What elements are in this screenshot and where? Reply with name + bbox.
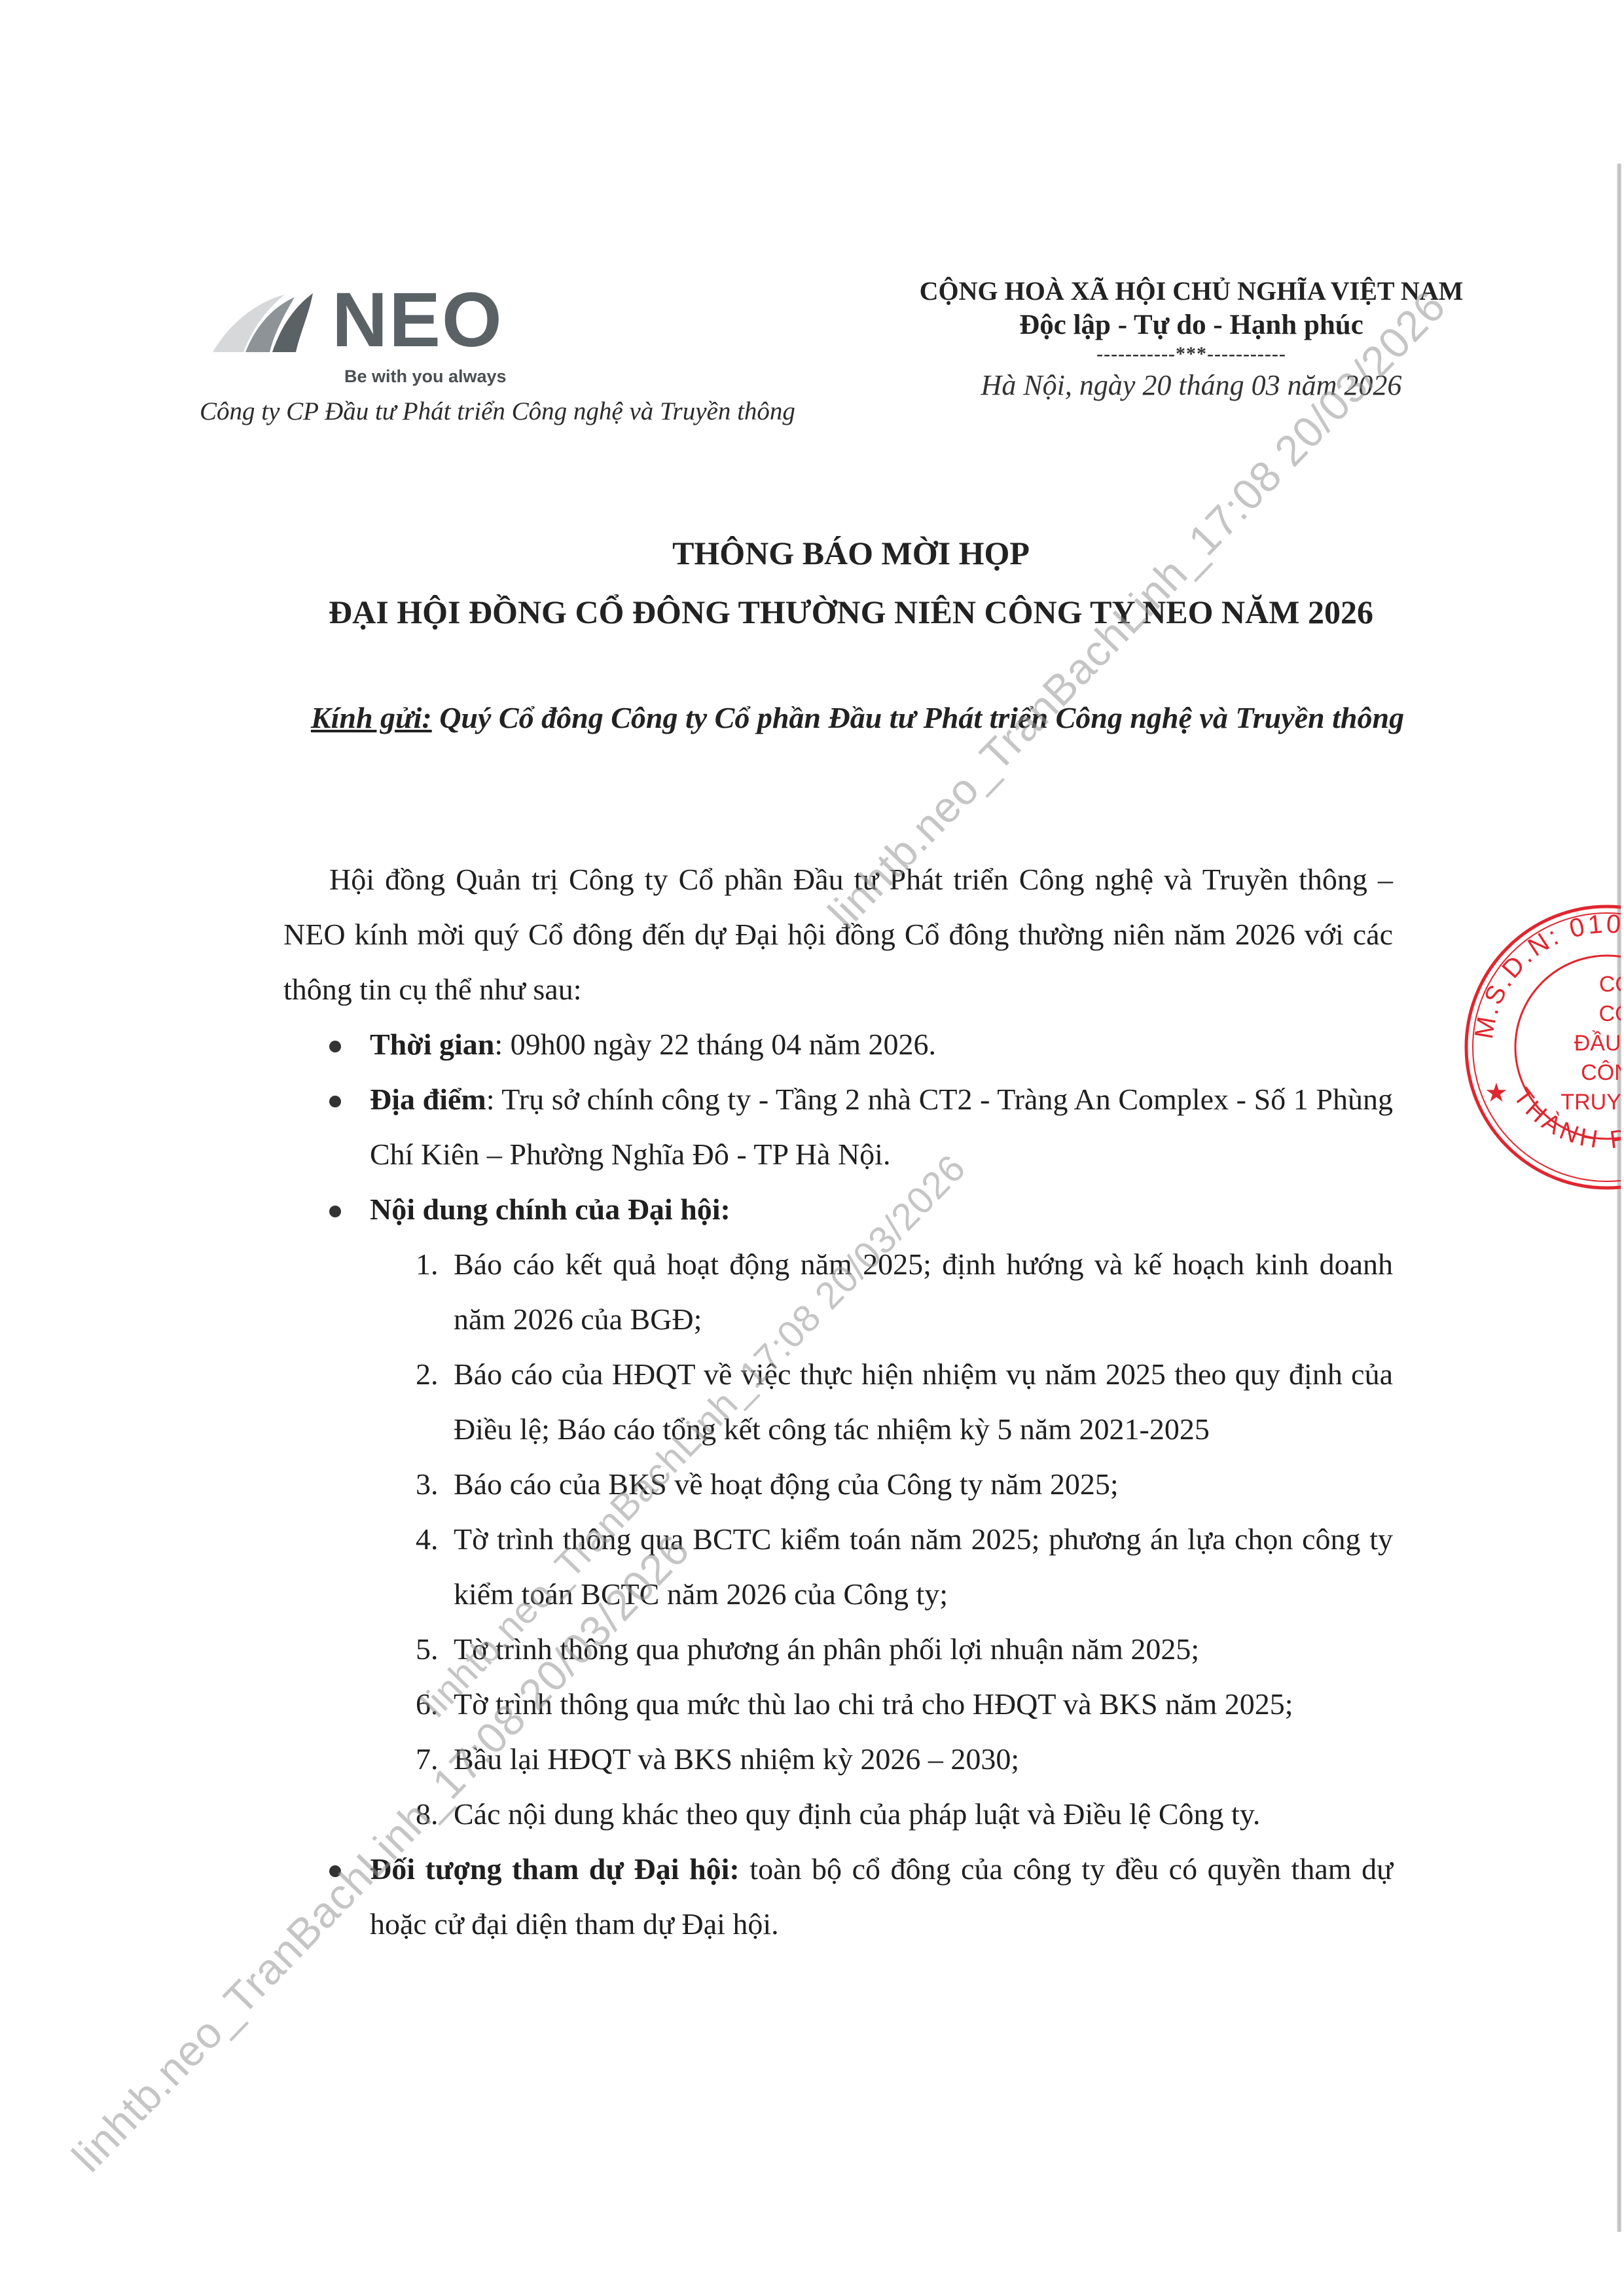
agenda-list: 1.Báo cáo kết quả hoạt động năm 2025; đị… (283, 1237, 1393, 1842)
info-bullet-list: Thời gian: 09h00 ngày 22 tháng 04 năm 20… (283, 1017, 1393, 1237)
bullet-dot-icon (329, 1041, 341, 1052)
agenda-item: 5.Tờ trình thông qua phương án phân phối… (283, 1622, 1393, 1677)
seal-outer-text: M.S.D.N: 0101430 (1470, 910, 1621, 1041)
agenda-text: Báo cáo của HĐQT về việc thực hiện nhiệm… (454, 1357, 1393, 1446)
seal-center-line: ĐẦU TƯ PHÁT (1574, 1031, 1621, 1056)
bullet-sep: : (494, 1028, 510, 1061)
bullet-label: Nội dung chính của Đại hội: (370, 1193, 731, 1226)
bullet-text: Trụ sở chính công ty - Tầng 2 nhà CT2 - … (370, 1083, 1393, 1171)
agenda-item: 6.Tờ trình thông qua mức thù lao chi trả… (283, 1677, 1393, 1732)
neo-swoosh-logo-icon (209, 288, 314, 353)
agenda-item: 1.Báo cáo kết quả hoạt động năm 2025; đị… (283, 1237, 1393, 1347)
seal-center-line: CỔ PHẦN (1599, 1001, 1621, 1026)
company-name: Công ty CP Đầu tư Phát triển Công nghệ v… (200, 397, 795, 426)
bullet-location: Địa điểm: Trụ sở chính công ty - Tầng 2 … (283, 1072, 1393, 1182)
seal-center-line: CÔNG NGHỆ (1581, 1060, 1621, 1085)
addressee-label: Kính gửi: (311, 701, 432, 734)
agenda-item: 8.Các nội dung khác theo quy định của ph… (283, 1787, 1393, 1842)
motto-country: CỘNG HOÀ XÃ HỘI CHỦ NGHĨA VIỆT NAM (877, 275, 1506, 308)
national-motto: CỘNG HOÀ XÃ HỘI CHỦ NGHĨA VIỆT NAM Độc l… (877, 275, 1506, 406)
seal-center-line: TRUYỀN THÔNG (1561, 1090, 1621, 1115)
intro-paragraph: Hội đồng Quản trị Công ty Cổ phần Đầu tư… (283, 852, 1393, 1017)
info-bullet-list-2: Đối tượng tham dự Đại hội: toàn bộ cổ đô… (283, 1842, 1393, 1952)
agenda-text: Tờ trình thông qua phương án phân phối l… (454, 1632, 1199, 1666)
scan-edge-shadow (1617, 164, 1621, 2232)
agenda-text: Báo cáo của BKS về hoạt động của Công ty… (454, 1467, 1119, 1501)
agenda-number: 7. (416, 1732, 439, 1787)
document-date: Hà Nội, ngày 20 tháng 03 năm 2026 (877, 365, 1506, 406)
agenda-number: 1. (416, 1237, 439, 1292)
agenda-item: 4.Tờ trình thông qua BCTC kiểm toán năm … (283, 1512, 1393, 1622)
agenda-number: 2. (416, 1347, 439, 1402)
addressee-text: Quý Cổ đông Công ty Cổ phần Đầu tư Phát … (432, 701, 1404, 734)
document-page: NEO Be with you always Công ty CP Đầu tư… (0, 0, 1624, 2296)
bullet-agenda: Nội dung chính của Đại hội: (283, 1182, 1393, 1237)
company-seal-stamp: M.S.D.N: 0101430 THÀNH PHỐ ★ CÔNG TYCỔ P… (1440, 884, 1621, 1191)
bullet-text: 09h00 ngày 22 tháng 04 năm 2026. (511, 1028, 936, 1061)
bullet-dot-icon (329, 1206, 341, 1217)
svg-text:M.S.D.N: 0101430: M.S.D.N: 0101430 (1470, 910, 1621, 1041)
bullet-dot-icon (329, 1865, 341, 1877)
motto-divider: -----------***----------- (877, 343, 1506, 365)
bullet-dot-icon (329, 1096, 341, 1107)
agenda-text: Tờ trình thông qua BCTC kiểm toán năm 20… (454, 1522, 1393, 1611)
bullet-sep: : (486, 1083, 502, 1116)
document-body: Hội đồng Quản trị Công ty Cổ phần Đầu tư… (283, 852, 1393, 1952)
seal-center-line: CÔNG TY (1599, 972, 1621, 997)
agenda-number: 5. (416, 1622, 439, 1677)
agenda-text: Báo cáo kết quả hoạt động năm 2025; định… (454, 1247, 1393, 1336)
bullet-label: Địa điểm (370, 1083, 486, 1116)
bullet-label: Đối tượng tham dự Đại hội: (370, 1852, 740, 1886)
agenda-item: 2.Báo cáo của HĐQT về việc thực hiện nhi… (283, 1347, 1393, 1457)
agenda-number: 6. (416, 1677, 439, 1732)
document-title: THÔNG BÁO MỜI HỌP ĐẠI HỘI ĐỒNG CỔ ĐÔNG T… (262, 524, 1440, 641)
agenda-number: 3. (416, 1457, 439, 1512)
bullet-label: Thời gian (370, 1028, 494, 1061)
motto-slogan: Độc lập - Tự do - Hạnh phúc (877, 308, 1506, 343)
agenda-number: 8. (416, 1787, 439, 1842)
addressee: Kính gửi: Quý Cổ đông Công ty Cổ phần Đầ… (301, 691, 1414, 745)
agenda-text: Tờ trình thông qua mức thù lao chi trả c… (454, 1687, 1293, 1721)
agenda-number: 4. (416, 1512, 439, 1567)
bullet-attendees: Đối tượng tham dự Đại hội: toàn bộ cổ đô… (283, 1842, 1393, 1952)
logo-brand: NEO (332, 281, 503, 359)
agenda-item: 3.Báo cáo của BKS về hoạt động của Công … (283, 1457, 1393, 1512)
bullet-time: Thời gian: 09h00 ngày 22 tháng 04 năm 20… (283, 1017, 1393, 1072)
svg-text:★: ★ (1485, 1078, 1508, 1108)
bullet-sep (740, 1852, 750, 1886)
seal-icon: M.S.D.N: 0101430 THÀNH PHỐ ★ CÔNG TYCỔ P… (1453, 893, 1621, 1191)
title-line-1: THÔNG BÁO MỜI HỌP (262, 524, 1440, 583)
agenda-text: Các nội dung khác theo quy định của pháp… (454, 1797, 1260, 1831)
logo-tagline: Be with you always (344, 367, 507, 387)
title-line-2: ĐẠI HỘI ĐỒNG CỔ ĐÔNG THƯỜNG NIÊN CÔNG TY… (262, 583, 1440, 641)
agenda-item: 7.Bầu lại HĐQT và BKS nhiệm kỳ 2026 – 20… (283, 1732, 1393, 1787)
agenda-text: Bầu lại HĐQT và BKS nhiệm kỳ 2026 – 2030… (454, 1742, 1019, 1776)
